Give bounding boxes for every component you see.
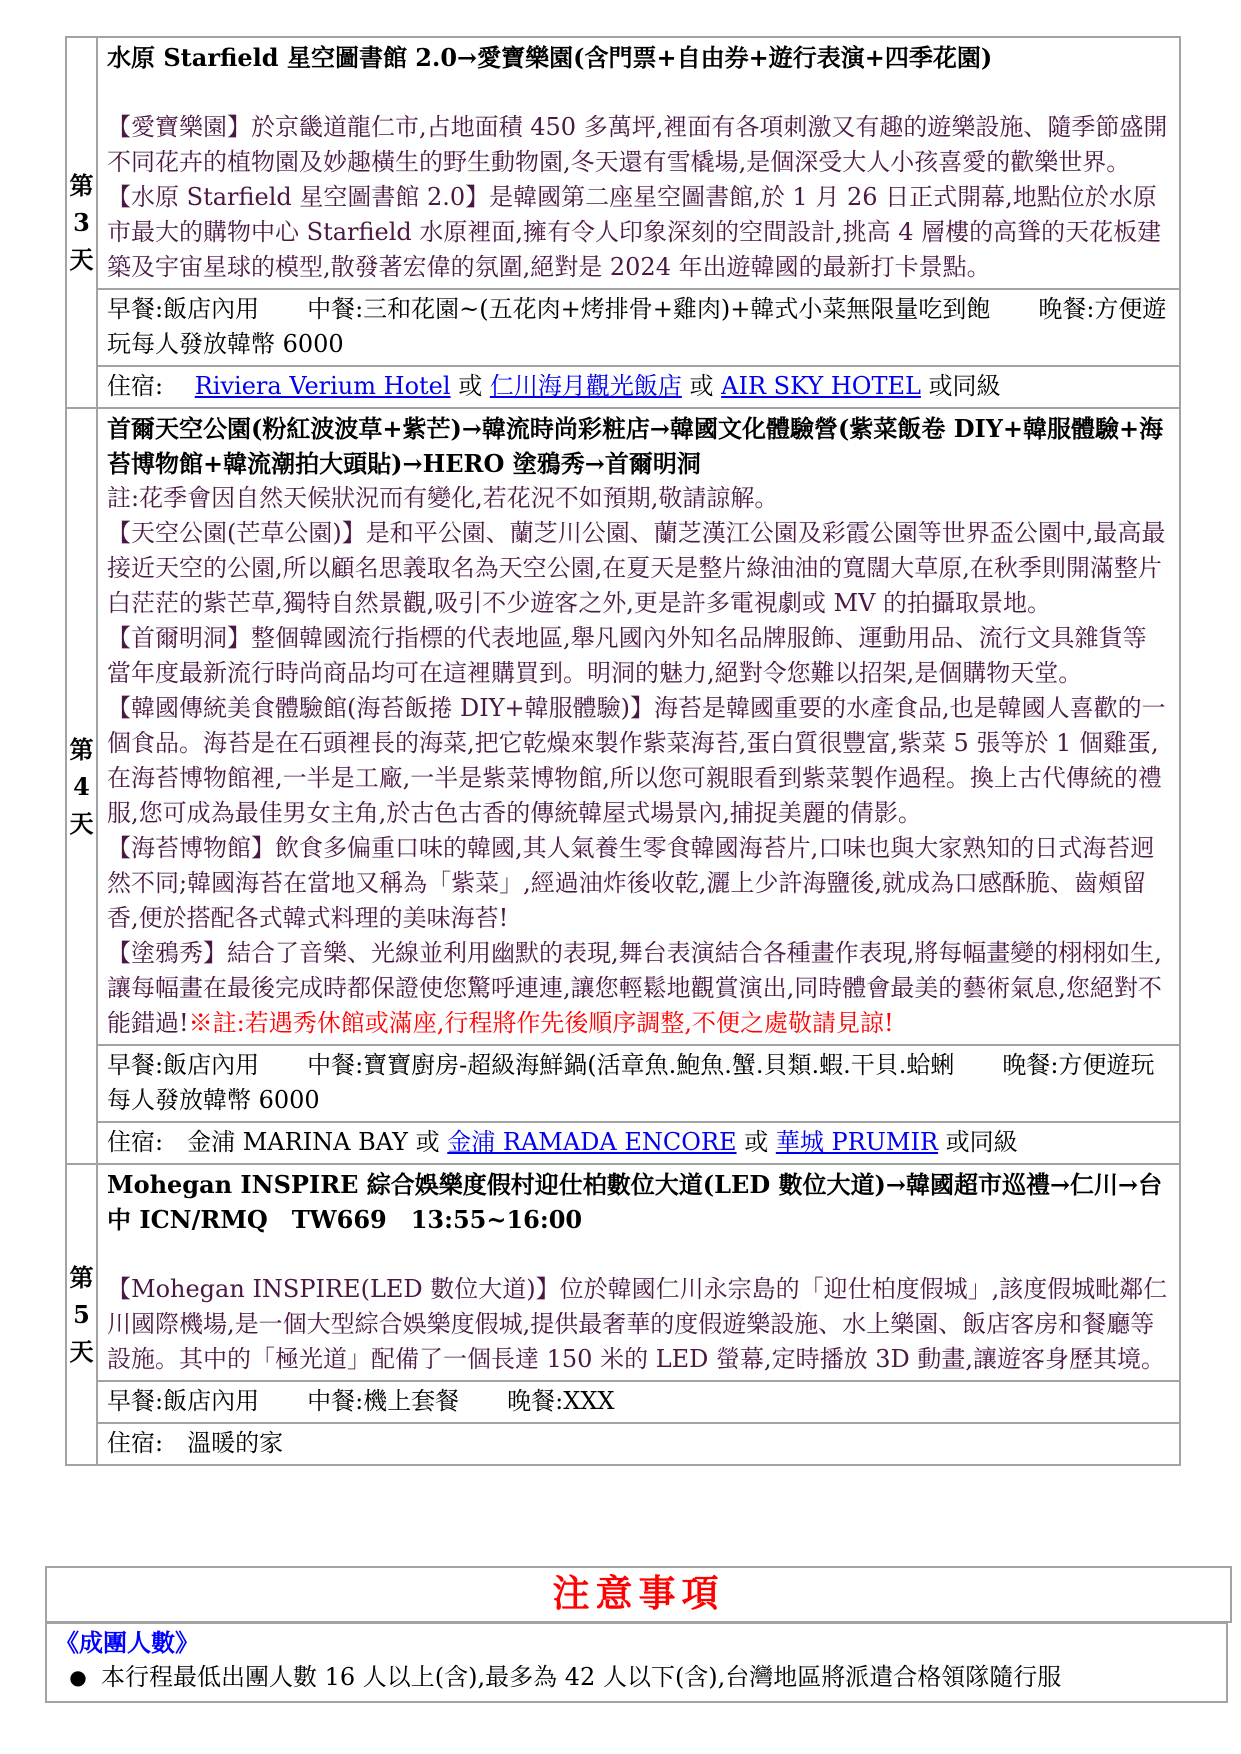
group-size-text: 本行程最低出團人數 16 人以上(含),最多為 42 人以下(含),台灣地區將派… [101,1660,1218,1695]
day-row-3: 第3天 水原 Starfield 星空圖書館 2.0→愛寶樂園(含門票+自由券+… [66,37,1180,408]
day4-meals-row: 早餐:飯店內用 中餐:寶寶廚房-超級海鮮鍋(活章魚.鮑魚.蟹.貝類.蝦.干貝.蛤… [98,1044,1179,1121]
hotel-prefix: 住宿: [107,372,187,400]
day4-flower-note: 註:花季會因自然天候狀況而有變化,若花況不如預期,敬請諒解。 [107,481,1169,516]
day-content-3: 水原 Starfield 星空圖書館 2.0→愛寶樂園(含門票+自由券+遊行表演… [97,37,1180,408]
day5-title: Mohegan INSPIRE 綜合娛樂度假村迎仕柏數位大道(LED 數位大道)… [107,1167,1169,1237]
bullet-icon: ● [55,1660,101,1695]
schedule-adjust-warning: ※註:若遇秀休館或滿座,行程將作先後順序調整,不便之處敬請見諒! [189,1009,894,1037]
day3-hotel-row: 住宿: Riviera Verium Hotel 或 仁川海月觀光飯店 或 AI… [98,365,1179,407]
or-label: 或 [744,1128,768,1156]
day-content-4: 首爾天空公園(粉紅波波草+紫芒)→韓流時尚彩粧店→韓國文化體驗營(紫菜飯卷 DI… [97,408,1180,1164]
day5-description-block: Mohegan INSPIRE 綜合娛樂度假村迎仕柏數位大道(LED 數位大道)… [98,1165,1179,1380]
day3-paragraph-starfield: 【水原 Starfield 星空圖書館 2.0】是韓國第二座星空圖書館,於 1 … [107,180,1169,285]
group-size-header: 《成團人數》 [55,1626,1218,1660]
itinerary-page: 第3天 水原 Starfield 星空圖書館 2.0→愛寶樂園(含門票+自由券+… [0,0,1241,1754]
hotel-suffix: 或同級 [929,372,1001,400]
day4-description-block: 首爾天空公園(粉紅波波草+紫芒)→韓流時尚彩粧店→韓國文化體驗營(紫菜飯卷 DI… [98,409,1179,1044]
hotel-link[interactable]: Riviera Verium Hotel [195,372,451,400]
day5-hotel-row: 住宿: 溫暖的家 [98,1422,1179,1464]
day-label-5: 第5天 [66,1164,97,1465]
day-label-3: 第3天 [66,37,97,408]
itinerary-table: 第3天 水原 Starfield 星空圖書館 2.0→愛寶樂園(含門票+自由券+… [65,36,1181,1466]
hotel-link[interactable]: 仁川海月觀光飯店 [490,372,682,400]
day4-paragraph-skypark: 【天空公園(芒草公園)】是和平公園、蘭芝川公園、蘭芝漢江公園及彩霞公園等世界盃公… [107,516,1169,621]
blank-line [107,1237,1169,1272]
blank-line [107,75,1169,110]
day4-hotel-row: 住宿: 金浦 MARINA BAY 或 金浦 RAMADA ENCORE 或 華… [98,1121,1179,1163]
day4-paragraph-food-experience: 【韓國傳統美食體驗館(海苔飯捲 DIY+韓服體驗)】海苔是韓國重要的水產食品,也… [107,691,1169,831]
day-row-5: 第5天 Mohegan INSPIRE 綜合娛樂度假村迎仕柏數位大道(LED 數… [66,1164,1180,1465]
hotel-link[interactable]: 金浦 RAMADA ENCORE [447,1128,736,1156]
notice-section-title: 注意事項 [553,1571,725,1615]
day5-meals-row: 早餐:飯店內用 中餐:機上套餐 晚餐:XXX [98,1380,1179,1422]
hotel-link[interactable]: AIR SKY HOTEL [721,372,921,400]
day-row-4: 第4天 首爾天空公園(粉紅波波草+紫芒)→韓流時尚彩粧店→韓國文化體驗營(紫菜飯… [66,408,1180,1164]
day4-title: 首爾天空公園(粉紅波波草+紫芒)→韓流時尚彩粧店→韓國文化體驗營(紫菜飯卷 DI… [107,411,1169,481]
day4-paragraph-graffiti-show: 【塗鴉秀】結合了音樂、光線並利用幽默的表現,舞台表演結合各種畫作表現,將每幅畫變… [107,936,1169,1041]
group-size-section: 《成團人數》 ● 本行程最低出團人數 16 人以上(含),最多為 42 人以下(… [45,1622,1228,1703]
day3-meals-row: 早餐:飯店內用 中餐:三和花園~(五花肉+烤排骨+雞肉)+韓式小菜無限量吃到飽 … [98,288,1179,365]
day3-paragraph-everland: 【愛寶樂園】於京畿道龍仁市,占地面積 450 多萬坪,裡面有各項刺激又有趣的遊樂… [107,110,1169,180]
hotel-suffix: 或同級 [946,1128,1018,1156]
day3-description-block: 水原 Starfield 星空圖書館 2.0→愛寶樂園(含門票+自由券+遊行表演… [98,38,1179,288]
hotel-link[interactable]: 華城 PRUMIR [776,1128,938,1156]
day4-paragraph-laver-museum: 【海苔博物館】飲食多偏重口味的韓國,其人氣養生零食韓國海苔片,口味也與大家熟知的… [107,831,1169,936]
day4-paragraph-myeongdong: 【首爾明洞】整個韓國流行指標的代表地區,舉凡國內外知名品牌服飾、運動用品、流行文… [107,621,1169,691]
hotel-prefix: 住宿: 金浦 MARINA BAY 或 [107,1128,440,1156]
day3-title: 水原 Starfield 星空圖書館 2.0→愛寶樂園(含門票+自由券+遊行表演… [107,40,1169,75]
or-label: 或 [689,372,713,400]
day-content-5: Mohegan INSPIRE 綜合娛樂度假村迎仕柏數位大道(LED 數位大道)… [97,1164,1180,1465]
day-label-4: 第4天 [66,408,97,1164]
group-size-item: ● 本行程最低出團人數 16 人以上(含),最多為 42 人以下(含),台灣地區… [55,1660,1218,1695]
notice-section: 注意事項 [45,1566,1232,1623]
or-label: 或 [458,372,482,400]
day5-paragraph-inspire-resort: 【Mohegan INSPIRE(LED 數位大道)】位於韓國仁川永宗島的「迎仕… [107,1272,1169,1377]
